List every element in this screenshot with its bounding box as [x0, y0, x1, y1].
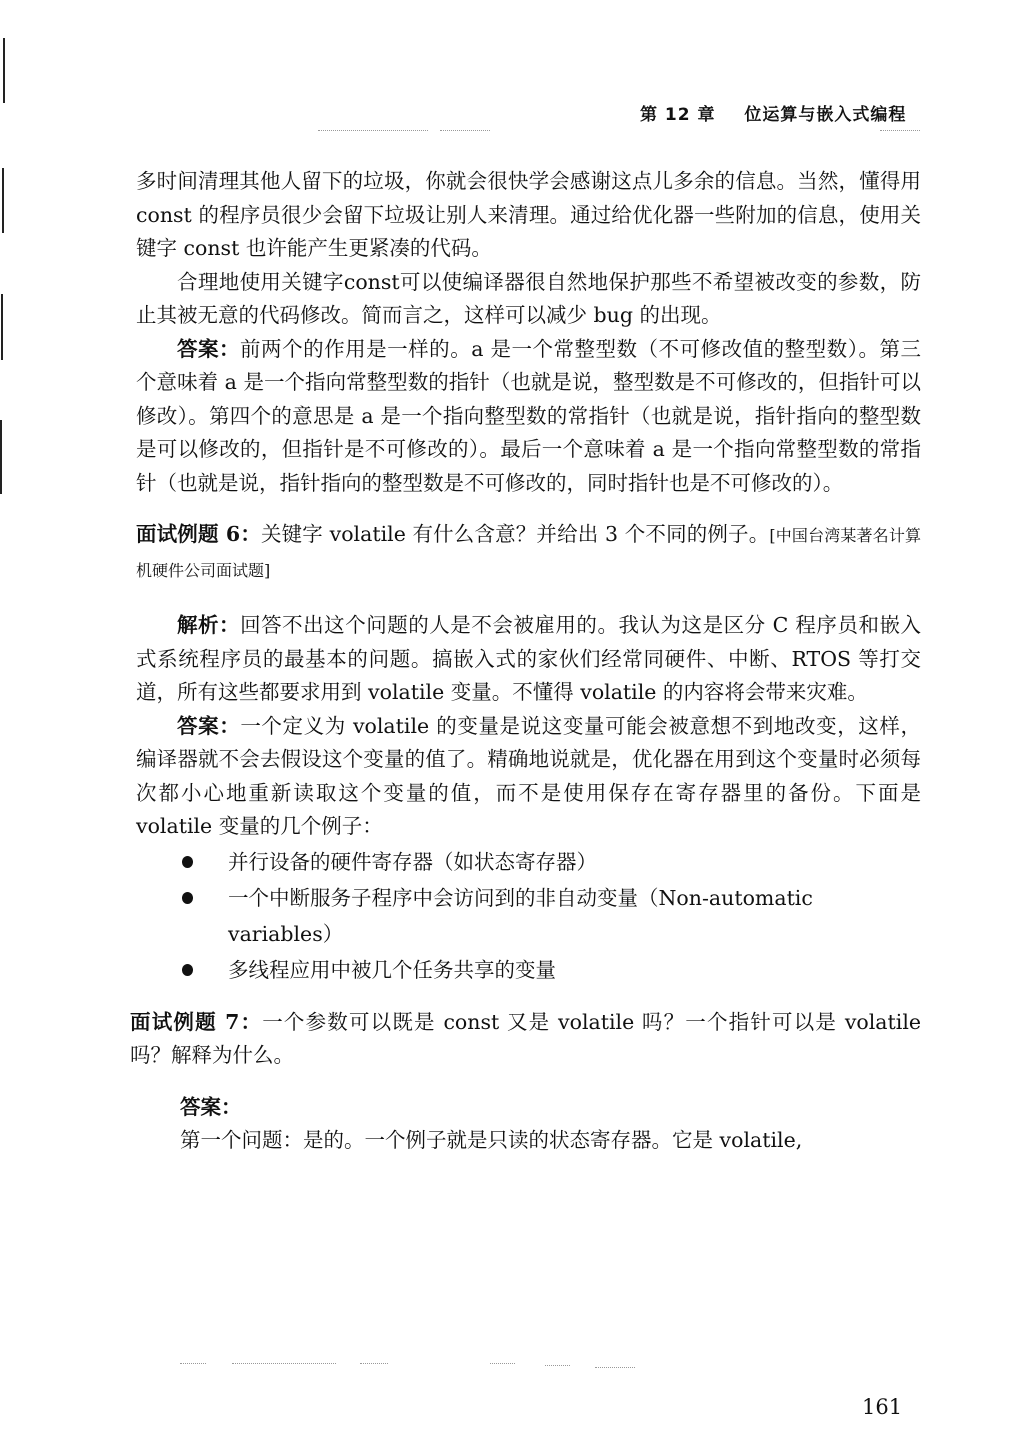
answer-paragraph: 答案：一个定义为 volatile 的变量是说这变量可能会被意想不到地改变，这样… [136, 710, 921, 844]
footer-rule [490, 1363, 515, 1364]
scan-edge-mark [1, 294, 3, 360]
answer-text: 一个定义为 volatile 的变量是说这变量可能会被意想不到地改变，这样，编译… [136, 714, 921, 839]
paragraph: 合理地使用关键字const可以使编译器很自然地保护那些不希望被改变的参数，防止其… [136, 266, 921, 333]
list-item: 一个中断服务子程序中会访问到的非自动变量（Non-automatic varia… [178, 880, 921, 952]
list-item: 并行设备的硬件寄存器（如状态寄存器） [178, 844, 921, 880]
question-text: 关键字 volatile 有什么含意？并给出 3 个不同的例子。 [261, 522, 769, 546]
page-body: 多时间清理其他人留下的垃圾，你就会很快学会感谢这点儿多余的信息。当然，懂得用 c… [136, 165, 921, 1158]
scan-edge-mark [3, 38, 5, 103]
analysis-paragraph: 解析：回答不出这个问题的人是不会被雇用的。我认为这是区分 C 程序员和嵌入式系统… [136, 609, 921, 710]
answer-text: 第一个问题：是的。一个例子就是只读的状态寄存器。它是 volatile, [136, 1124, 921, 1158]
list-item: 多线程应用中被几个任务共享的变量 [178, 952, 921, 988]
answer-label: 答案： [177, 714, 240, 738]
page-number: 161 [862, 1395, 902, 1419]
footer-rule [595, 1367, 635, 1368]
chapter-title: 位运算与嵌入式编程 [744, 105, 906, 125]
analysis-label: 解析： [177, 613, 240, 637]
analysis-text: 回答不出这个问题的人是不会被雇用的。我认为这是区分 C 程序员和嵌入式系统程序员… [136, 613, 921, 704]
scan-edge-mark [0, 420, 2, 494]
chapter-number: 第 12 章 [640, 105, 716, 125]
interview-question-7: 面试例题 7：一个参数可以既是 const 又是 volatile 吗？一个指针… [130, 1006, 921, 1073]
example-list: 并行设备的硬件寄存器（如状态寄存器） 一个中断服务子程序中会访问到的非自动变量（… [136, 844, 921, 988]
header-rule [880, 130, 920, 131]
answer-label: 答案： [136, 1091, 921, 1125]
answer-label: 答案： [177, 337, 240, 361]
header-rule [440, 130, 490, 131]
answer-paragraph: 答案：前两个的作用是一样的。a 是一个常整型数（不可修改值的整型数）。第三个意味… [136, 333, 921, 501]
scan-edge-mark [2, 168, 4, 233]
answer-text: 前两个的作用是一样的。a 是一个常整型数（不可修改值的整型数）。第三个意味着 a… [136, 337, 921, 495]
footer-rule [180, 1363, 206, 1364]
interview-question-6: 面试例题 6：关键字 volatile 有什么含意？并给出 3 个不同的例子。[… [136, 518, 921, 587]
footer-rule [360, 1363, 388, 1364]
question-label: 面试例题 6： [136, 522, 261, 546]
header-rule [318, 130, 428, 131]
footer-rule [545, 1365, 570, 1366]
question-label: 面试例题 7： [130, 1010, 262, 1034]
running-header: 第 12 章 位运算与嵌入式编程 [640, 100, 940, 125]
paragraph: 多时间清理其他人留下的垃圾，你就会很快学会感谢这点儿多余的信息。当然，懂得用 c… [136, 165, 921, 266]
footer-rule [232, 1363, 336, 1364]
